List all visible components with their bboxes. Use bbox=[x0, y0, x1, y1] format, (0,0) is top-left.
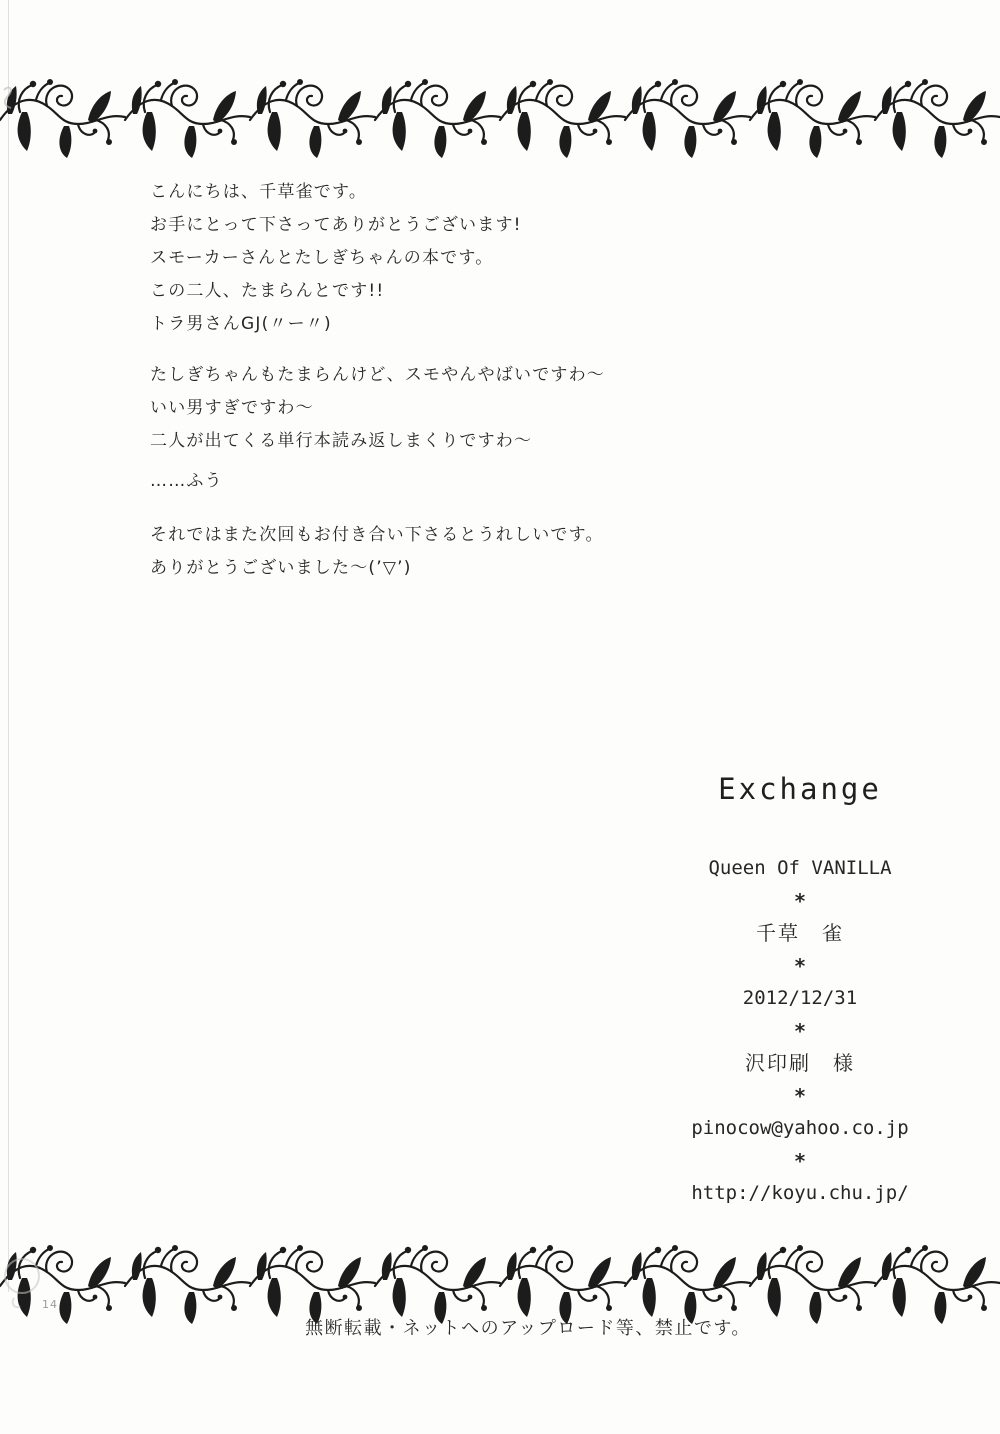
afterword-paragraph-sigh: ……ふう bbox=[150, 465, 940, 498]
page-number: 14 bbox=[42, 1298, 58, 1311]
asterisk-separator: * bbox=[640, 1080, 960, 1113]
text-line: たしぎちゃんもたまらんけど、スモやんやばいですわ〜 bbox=[150, 359, 940, 392]
author-name: 千草 雀 bbox=[640, 917, 960, 950]
afterword-paragraph-closing: それではまた次回もお付き合い下さるとうれしいです。 ありがとうございました〜(’… bbox=[150, 519, 940, 585]
scan-edge-line bbox=[8, 0, 9, 1292]
afterword-text: こんにちは、千草雀です。 お手にとって下さってありがとうございます! スモーカー… bbox=[150, 176, 940, 585]
reproduction-prohibited-notice: 無断転載・ネットへのアップロード等、禁止です。 bbox=[28, 1314, 1000, 1340]
afterword-paragraph-comment: たしぎちゃんもたまらんけど、スモやんやばいですわ〜 いい男すぎですわ〜 二人が出… bbox=[150, 359, 940, 458]
text-line: こんにちは、千草雀です。 bbox=[150, 176, 940, 209]
asterisk-separator: * bbox=[640, 1015, 960, 1048]
vine-border-top-ornament bbox=[0, 70, 1000, 162]
text-line: お手にとって下さってありがとうございます! bbox=[150, 209, 940, 242]
text-line: トラ男さんGJ(〃ー〃) bbox=[150, 308, 940, 341]
website-url: http://koyu.chu.jp/ bbox=[640, 1177, 960, 1210]
publication-date: 2012/12/31 bbox=[640, 982, 960, 1015]
contact-email: pinocow@yahoo.co.jp bbox=[640, 1112, 960, 1145]
book-title: Exchange bbox=[640, 772, 960, 806]
text-line: ……ふう bbox=[150, 465, 940, 498]
scanned-afterword-page: こんにちは、千草雀です。 お手にとって下さってありがとうございます! スモーカー… bbox=[0, 0, 1000, 1434]
colophon: Exchange Queen Of VANILLA * 千草 雀 * 2012/… bbox=[640, 772, 960, 1210]
text-line: それではまた次回もお付き合い下さるとうれしいです。 bbox=[150, 519, 940, 552]
asterisk-separator: * bbox=[640, 1145, 960, 1178]
circle-name: Queen Of VANILLA bbox=[640, 852, 960, 885]
text-line: 二人が出てくる単行本読み返しまくりですわ〜 bbox=[150, 425, 940, 458]
asterisk-separator: * bbox=[640, 950, 960, 983]
text-line: いい男すぎですわ〜 bbox=[150, 392, 940, 425]
text-line: この二人、たまらんとです!! bbox=[150, 275, 940, 308]
printer-name: 沢印刷 様 bbox=[640, 1047, 960, 1080]
asterisk-separator: * bbox=[640, 885, 960, 918]
text-line: スモーカーさんとたしぎちゃんの本です。 bbox=[150, 242, 940, 275]
afterword-paragraph-greeting: こんにちは、千草雀です。 お手にとって下さってありがとうございます! スモーカー… bbox=[150, 176, 940, 341]
text-line: ありがとうございました〜(’▽’) bbox=[150, 552, 940, 585]
